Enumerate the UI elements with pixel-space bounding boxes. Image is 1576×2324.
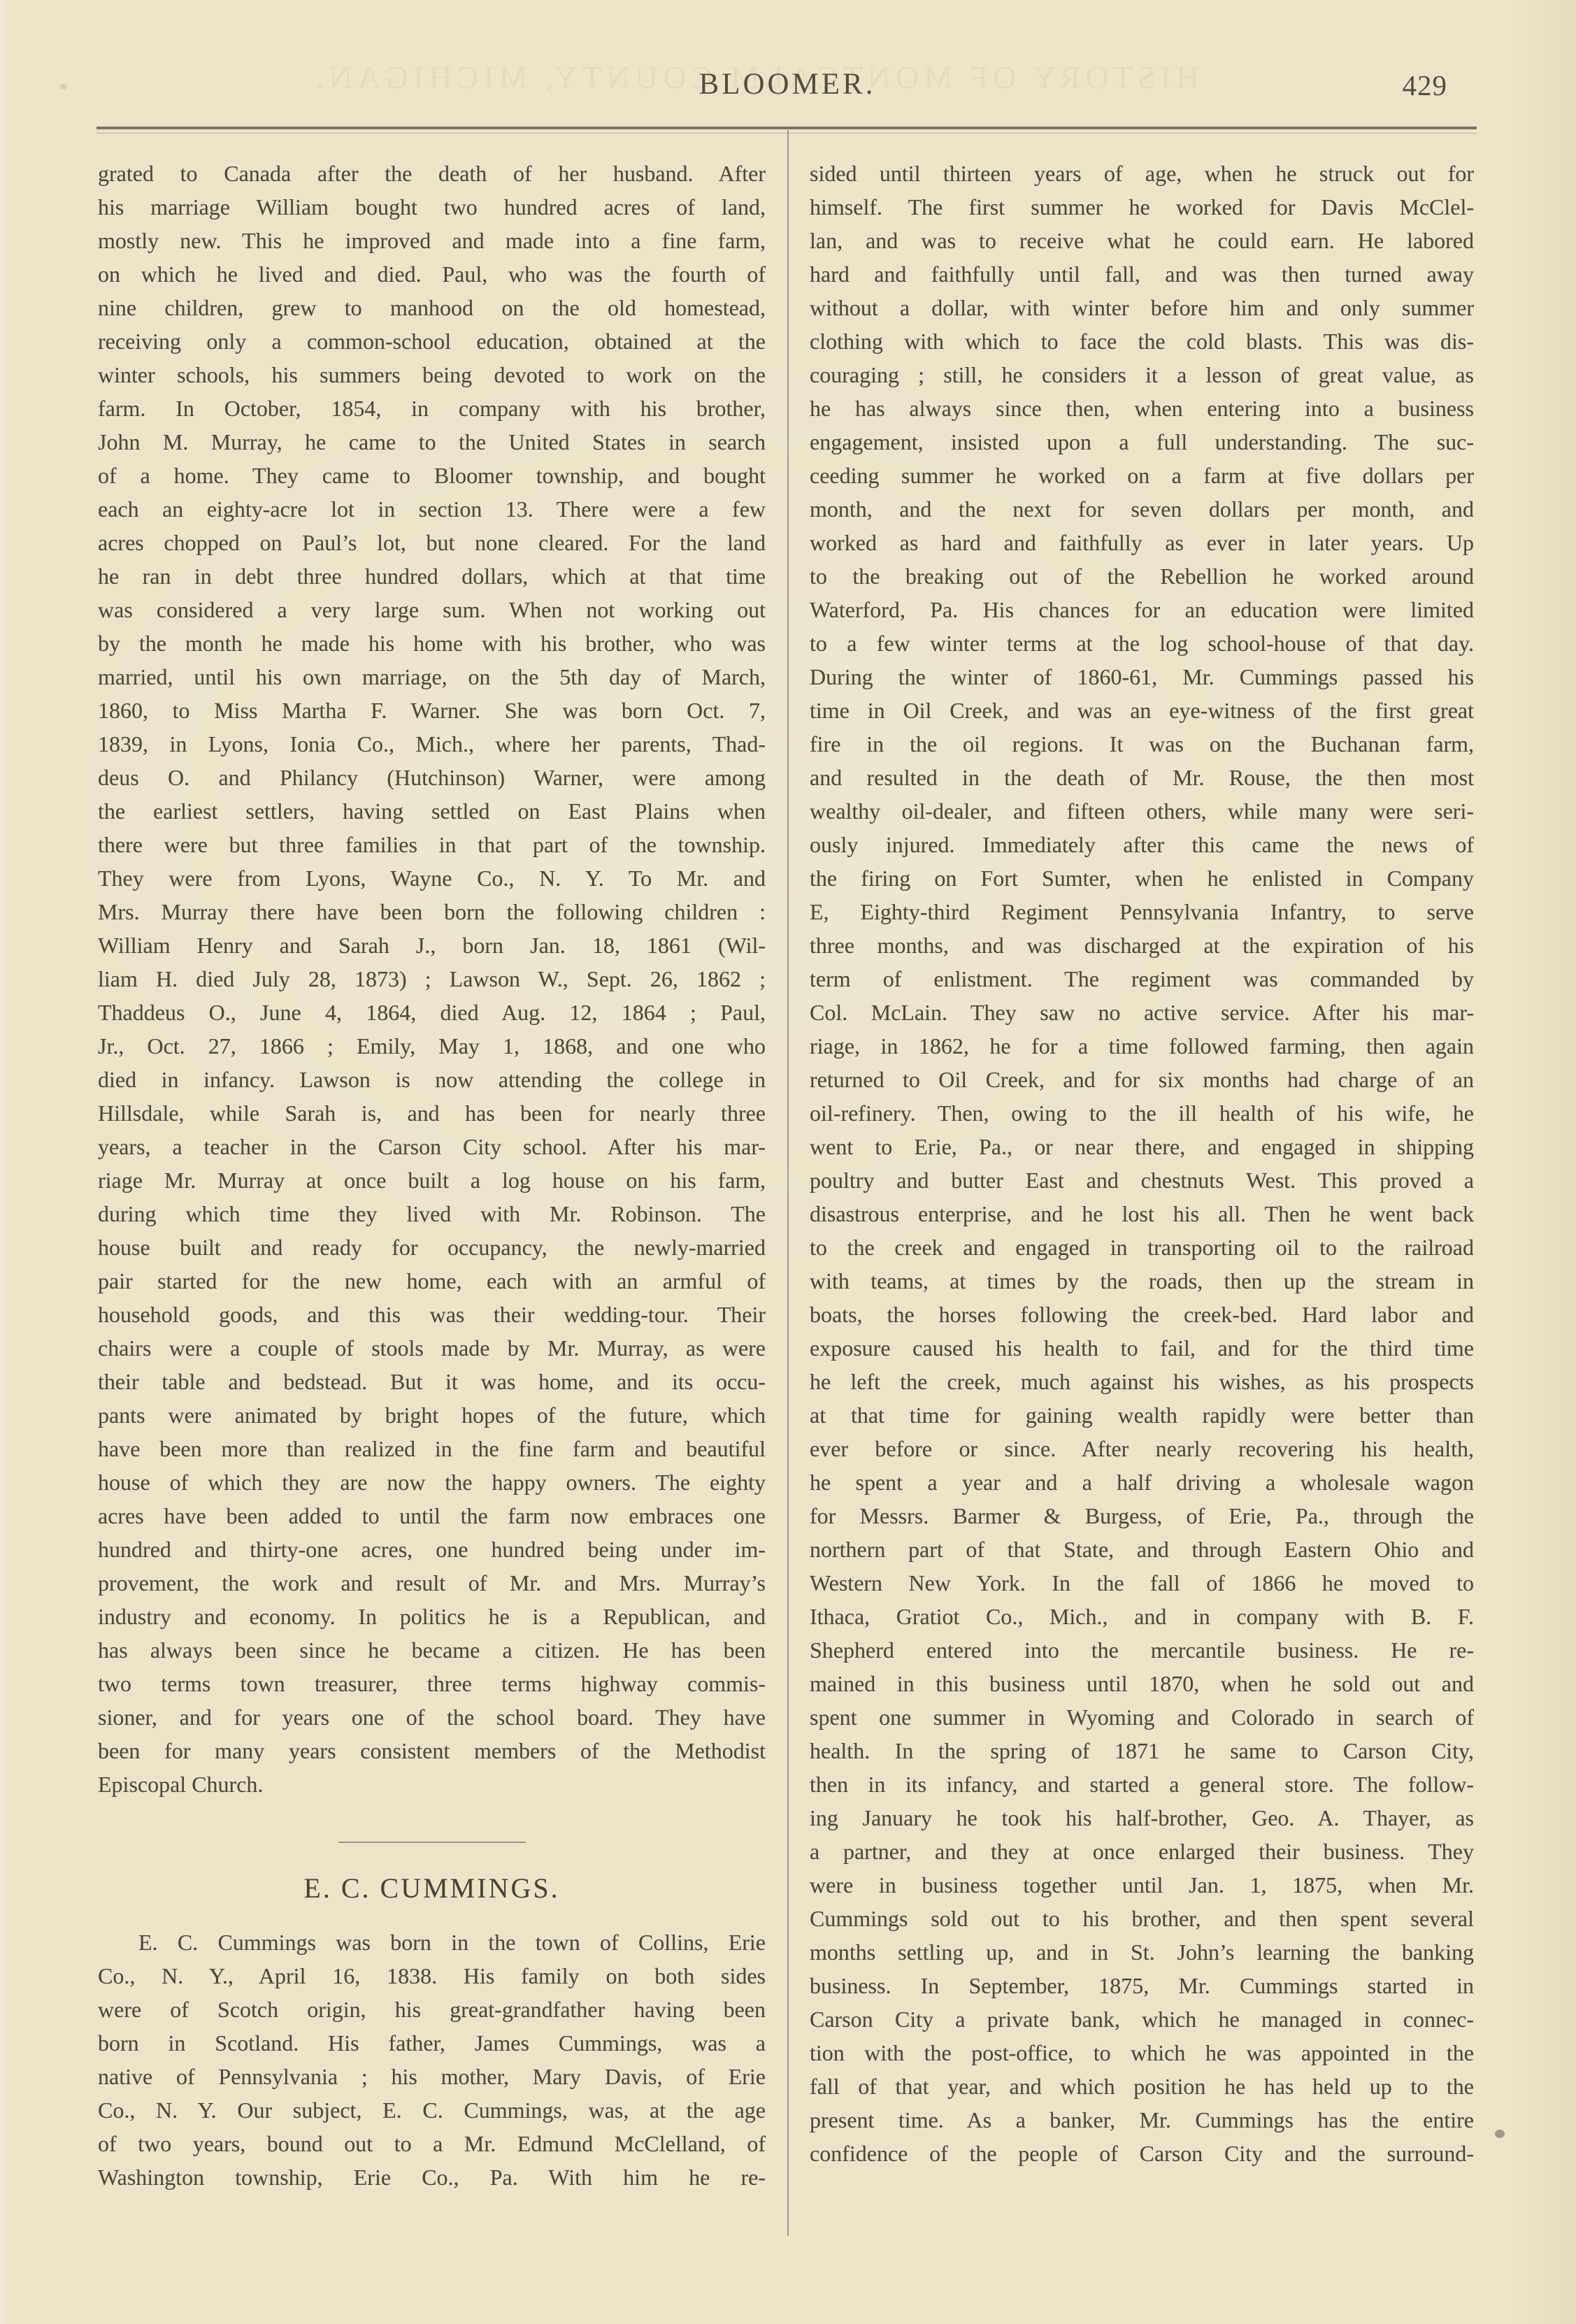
text-line: were of Scotch origin, his great-grandfa… xyxy=(98,1993,766,2026)
text-line: ceeding summer he worked on a farm at fi… xyxy=(810,459,1474,492)
text-line: Western New York. In the fall of 1866 he… xyxy=(810,1566,1474,1600)
text-line: boats, the horses following the creek-be… xyxy=(810,1298,1474,1331)
paper-smudge xyxy=(60,84,67,89)
text-line: lan, and was to receive what he could ea… xyxy=(810,224,1474,257)
text-line: ously injured. Immediately after this ca… xyxy=(810,828,1474,861)
text-line: been for many years consistent members o… xyxy=(98,1734,766,1767)
text-line: confidence of the people of Carson City … xyxy=(810,2137,1474,2170)
text-line: he has always since then, when entering … xyxy=(810,392,1474,425)
text-line: house of which they are now the happy ow… xyxy=(98,1465,766,1499)
text-line: the earliest settlers, having settled on… xyxy=(98,794,766,828)
text-line: Waterford, Pa. His chances for an educat… xyxy=(810,593,1474,626)
text-line: nine children, grew to manhood on the ol… xyxy=(98,291,766,324)
header-rule-thick xyxy=(96,127,1477,129)
text-line: provement, the work and result of Mr. an… xyxy=(98,1566,766,1600)
text-line: Carson City a private bank, which he man… xyxy=(810,2002,1474,2036)
ink-speck xyxy=(1495,2130,1505,2138)
text-line: years, a teacher in the Carson City scho… xyxy=(98,1130,766,1163)
text-line: returned to Oil Creek, and for six month… xyxy=(810,1063,1474,1096)
text-line: native of Pennsylvania ; his mother, Mar… xyxy=(98,2060,766,2093)
text-line: died in infancy. Lawson is now attending… xyxy=(98,1063,766,1096)
text-line: disastrous enterprise, and he lost his a… xyxy=(810,1197,1474,1231)
page-number: 429 xyxy=(1403,69,1448,102)
text-line: months settling up, and in St. John’s le… xyxy=(810,1935,1474,1969)
text-line: Jr., Oct. 27, 1866 ; Emily, May 1, 1868,… xyxy=(98,1029,766,1063)
text-line: born in Scotland. His father, James Cumm… xyxy=(98,2026,766,2060)
text-line: household goods, and this was their wedd… xyxy=(98,1298,766,1331)
header-rule-thin xyxy=(96,133,1477,134)
left-column: grated to Canada after the death of her … xyxy=(98,157,766,2194)
text-line: and resulted in the death of Mr. Rouse, … xyxy=(810,761,1474,794)
murray-paragraph: grated to Canada after the death of her … xyxy=(98,157,766,1801)
text-line: have been more than realized in the fine… xyxy=(98,1432,766,1465)
text-line: three months, and was discharged at the … xyxy=(810,928,1474,962)
text-line: receiving only a common-school education… xyxy=(98,324,766,358)
text-line: time in Oil Creek, and was an eye-witnes… xyxy=(810,694,1474,727)
text-line: acres have been added to until the farm … xyxy=(98,1499,766,1533)
text-line: pair started for the new home, each with… xyxy=(98,1264,766,1298)
cummings-paragraph-continued: sided until thirteen years of age, when … xyxy=(810,157,1474,2170)
text-line: by the month he made his home with his b… xyxy=(98,626,766,660)
text-line: hard and faithfully until fall, and was … xyxy=(810,257,1474,291)
text-line: present time. As a banker, Mr. Cummings … xyxy=(810,2103,1474,2137)
text-line: Thaddeus O., June 4, 1864, died Aug. 12,… xyxy=(98,996,766,1029)
right-column: sided until thirteen years of age, when … xyxy=(810,157,1474,2170)
text-line: there were but three families in that pa… xyxy=(98,828,766,861)
text-line: were in business together until Jan. 1, … xyxy=(810,1868,1474,1902)
text-line: clothing with which to face the cold bla… xyxy=(810,324,1474,358)
text-line: each an eighty-acre lot in section 13. T… xyxy=(98,492,766,526)
text-line: then in its infancy, and started a gener… xyxy=(810,1767,1474,1801)
text-line: has always been since he became a citize… xyxy=(98,1633,766,1667)
text-line: grated to Canada after the death of her … xyxy=(98,157,766,190)
text-line: exposure caused his health to fail, and … xyxy=(810,1331,1474,1365)
text-line: sided until thirteen years of age, when … xyxy=(810,157,1474,190)
text-line: spent one summer in Wyoming and Colorado… xyxy=(810,1700,1474,1734)
text-line: Shepherd entered into the mercantile bus… xyxy=(810,1633,1474,1667)
text-line: worked as hard and faithfully as ever in… xyxy=(810,526,1474,559)
text-line: fire in the oil regions. It was on the B… xyxy=(810,727,1474,761)
text-line: chairs were a couple of stools made by M… xyxy=(98,1331,766,1365)
text-line: Episcopal Church. xyxy=(98,1767,766,1801)
text-line: couraging ; still, he considers it a les… xyxy=(810,358,1474,392)
text-line: tion with the post-office, to which he w… xyxy=(810,2036,1474,2070)
text-line: hundred and thirty-one acres, one hundre… xyxy=(98,1533,766,1566)
text-line: E. C. Cummings was born in the town of C… xyxy=(98,1925,766,1959)
text-line: to the creek and engaged in transporting… xyxy=(810,1231,1474,1264)
running-header-title: BLOOMER. xyxy=(98,67,1477,101)
text-line: their table and bedstead. But it was hom… xyxy=(98,1365,766,1398)
text-line: 1860, to Miss Martha F. Warner. She was … xyxy=(98,694,766,727)
text-line: business. In September, 1875, Mr. Cummin… xyxy=(810,1969,1474,2002)
text-line: of two years, bound out to a Mr. Edmund … xyxy=(98,2127,766,2160)
text-line: health. In the spring of 1871 he same to… xyxy=(810,1734,1474,1767)
text-line: Cummings sold out to his brother, and th… xyxy=(810,1902,1474,1935)
text-line: during which time they lived with Mr. Ro… xyxy=(98,1197,766,1231)
text-line: liam H. died July 28, 1873) ; Lawson W.,… xyxy=(98,962,766,996)
section-heading: E. C. CUMMINGS. xyxy=(98,1870,766,1907)
text-line: poultry and butter East and chestnuts We… xyxy=(810,1163,1474,1197)
text-line: at that time for gaining wealth rapidly … xyxy=(810,1398,1474,1432)
text-line: married, until his own marriage, on the … xyxy=(98,660,766,694)
text-line: his marriage William bought two hundred … xyxy=(98,190,766,224)
text-line: house built and ready for occupancy, the… xyxy=(98,1231,766,1264)
text-line: farm. In October, 1854, in company with … xyxy=(98,392,766,425)
text-line: sioner, and for years one of the school … xyxy=(98,1700,766,1734)
text-line: went to Erie, Pa., or near there, and en… xyxy=(810,1130,1474,1163)
text-line: was considered a very large sum. When no… xyxy=(98,593,766,626)
text-line: ing January he took his half-brother, Ge… xyxy=(810,1801,1474,1835)
text-line: the firing on Fort Sumter, when he enlis… xyxy=(810,861,1474,895)
text-line: to a few winter terms at the log school-… xyxy=(810,626,1474,660)
column-divider-rule xyxy=(787,130,789,2236)
text-line: oil-refinery. Then, owing to the ill hea… xyxy=(810,1096,1474,1130)
text-line: Co., N. Y. Our subject, E. C. Cummings, … xyxy=(98,2093,766,2127)
text-line: to the breaking out of the Rebellion he … xyxy=(810,559,1474,593)
text-line: pants were animated by bright hopes of t… xyxy=(98,1398,766,1432)
text-line: term of enlistment. The regiment was com… xyxy=(810,962,1474,996)
text-line: northern part of that State, and through… xyxy=(810,1533,1474,1566)
text-line: ever before or since. After nearly recov… xyxy=(810,1432,1474,1465)
text-line: winter schools, his summers being devote… xyxy=(98,358,766,392)
text-line: Washington township, Erie Co., Pa. With … xyxy=(98,2160,766,2194)
text-line: John M. Murray, he came to the United St… xyxy=(98,425,766,459)
book-page-scan: HISTORY OF MONTCALM COUNTY, MICHIGAN. BL… xyxy=(0,0,1576,2324)
text-line: he ran in debt three hundred dollars, wh… xyxy=(98,559,766,593)
text-line: During the winter of 1860-61, Mr. Cummin… xyxy=(810,660,1474,694)
text-line: Mrs. Murray there have been born the fol… xyxy=(98,895,766,928)
text-line: deus O. and Philancy (Hutchinson) Warner… xyxy=(98,761,766,794)
text-line: 1839, in Lyons, Ionia Co., Mich., where … xyxy=(98,727,766,761)
text-line: riage Mr. Murray at once built a log hou… xyxy=(98,1163,766,1197)
text-line: riage, in 1862, he for a time followed f… xyxy=(810,1029,1474,1063)
text-line: he spent a year and a half driving a who… xyxy=(810,1465,1474,1499)
text-line: on which he lived and died. Paul, who wa… xyxy=(98,257,766,291)
text-line: with teams, at times by the roads, then … xyxy=(810,1264,1474,1298)
text-line: Co., N. Y., April 16, 1838. His family o… xyxy=(98,1959,766,1993)
text-line: E, Eighty-third Regiment Pennsylvania In… xyxy=(810,895,1474,928)
text-line: month, and the next for seven dollars pe… xyxy=(810,492,1474,526)
text-line: a partner, and they at once enlarged the… xyxy=(810,1835,1474,1868)
text-line: mostly new. This he improved and made in… xyxy=(98,224,766,257)
cummings-paragraph: E. C. Cummings was born in the town of C… xyxy=(98,1925,766,2194)
text-line: engagement, insisted upon a full underst… xyxy=(810,425,1474,459)
text-line: without a dollar, with winter before him… xyxy=(810,291,1474,324)
text-line: two terms town treasurer, three terms hi… xyxy=(98,1667,766,1700)
text-line: Col. McLain. They saw no active service.… xyxy=(810,996,1474,1029)
text-line: wealthy oil-dealer, and fifteen others, … xyxy=(810,794,1474,828)
text-line: he left the creek, much against his wish… xyxy=(810,1365,1474,1398)
text-line: They were from Lyons, Wayne Co., N. Y. T… xyxy=(98,861,766,895)
text-line: mained in this business until 1870, when… xyxy=(810,1667,1474,1700)
text-line: for Messrs. Barmer & Burgess, of Erie, P… xyxy=(810,1499,1474,1533)
text-line: Hillsdale, while Sarah is, and has been … xyxy=(98,1096,766,1130)
text-line: acres chopped on Paul’s lot, but none cl… xyxy=(98,526,766,559)
text-line: Ithaca, Gratiot Co., Mich., and in compa… xyxy=(810,1600,1474,1633)
text-line: industry and economy. In politics he is … xyxy=(98,1600,766,1633)
text-line: fall of that year, and which position he… xyxy=(810,2070,1474,2103)
text-line: himself. The first summer he worked for … xyxy=(810,190,1474,224)
section-divider-rule xyxy=(338,1842,526,1843)
text-line: of a home. They came to Bloomer township… xyxy=(98,459,766,492)
text-line: William Henry and Sarah J., born Jan. 18… xyxy=(98,928,766,962)
